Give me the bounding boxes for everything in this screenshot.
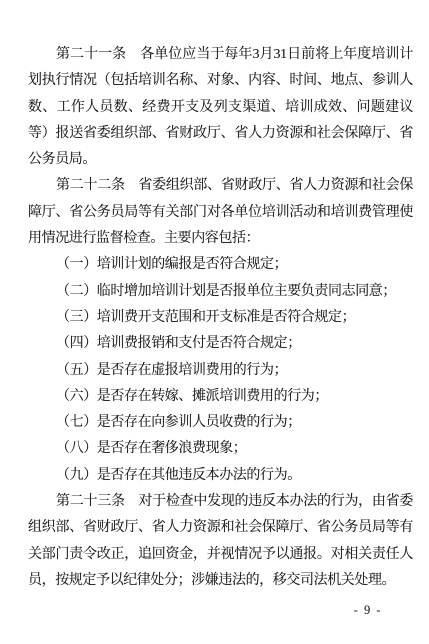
list-item-paragraph: （六）是否存在转嫁、摊派培训费用的行为； bbox=[28, 384, 413, 410]
page-number: - 9 - bbox=[354, 603, 382, 618]
list-item-paragraph: （五）是否存在虚报培训费用的行为； bbox=[28, 358, 413, 384]
list-item-paragraph: （三）培训费开支范围和开支标准是否符合规定； bbox=[28, 305, 413, 331]
list-item-paragraph: （一）培训计划的编报是否符合规定； bbox=[28, 252, 413, 278]
article-paragraph: 第二十三条 对于检查中发现的违反本办法的行为，由省委组织部、省财政厅、省人力资源… bbox=[28, 489, 413, 594]
article-paragraph: 第二十二条 省委组织部、省财政厅、省人力资源和社会保障厅、省公务员局等有关部门对… bbox=[28, 173, 413, 252]
document-page: 第二十一条 各单位应当于每年3月31日前将上年度培训计划执行情况（包括培训名称、… bbox=[0, 0, 429, 644]
list-item-paragraph: （八）是否存在奢侈浪费现象； bbox=[28, 436, 413, 462]
list-item-paragraph: （二）临时增加培训计划是否报单位主要负责同志同意； bbox=[28, 279, 413, 305]
list-item-paragraph: （四）培训费报销和支付是否符合规定； bbox=[28, 331, 413, 357]
list-item-paragraph: （九）是否存在其他违反本办法的行为。 bbox=[28, 463, 413, 489]
document-body: 第二十一条 各单位应当于每年3月31日前将上年度培训计划执行情况（包括培训名称、… bbox=[28, 0, 413, 594]
list-item-paragraph: （七）是否存在向参训人员收费的行为； bbox=[28, 410, 413, 436]
article-paragraph: 第二十一条 各单位应当于每年3月31日前将上年度培训计划执行情况（包括培训名称、… bbox=[28, 42, 413, 173]
